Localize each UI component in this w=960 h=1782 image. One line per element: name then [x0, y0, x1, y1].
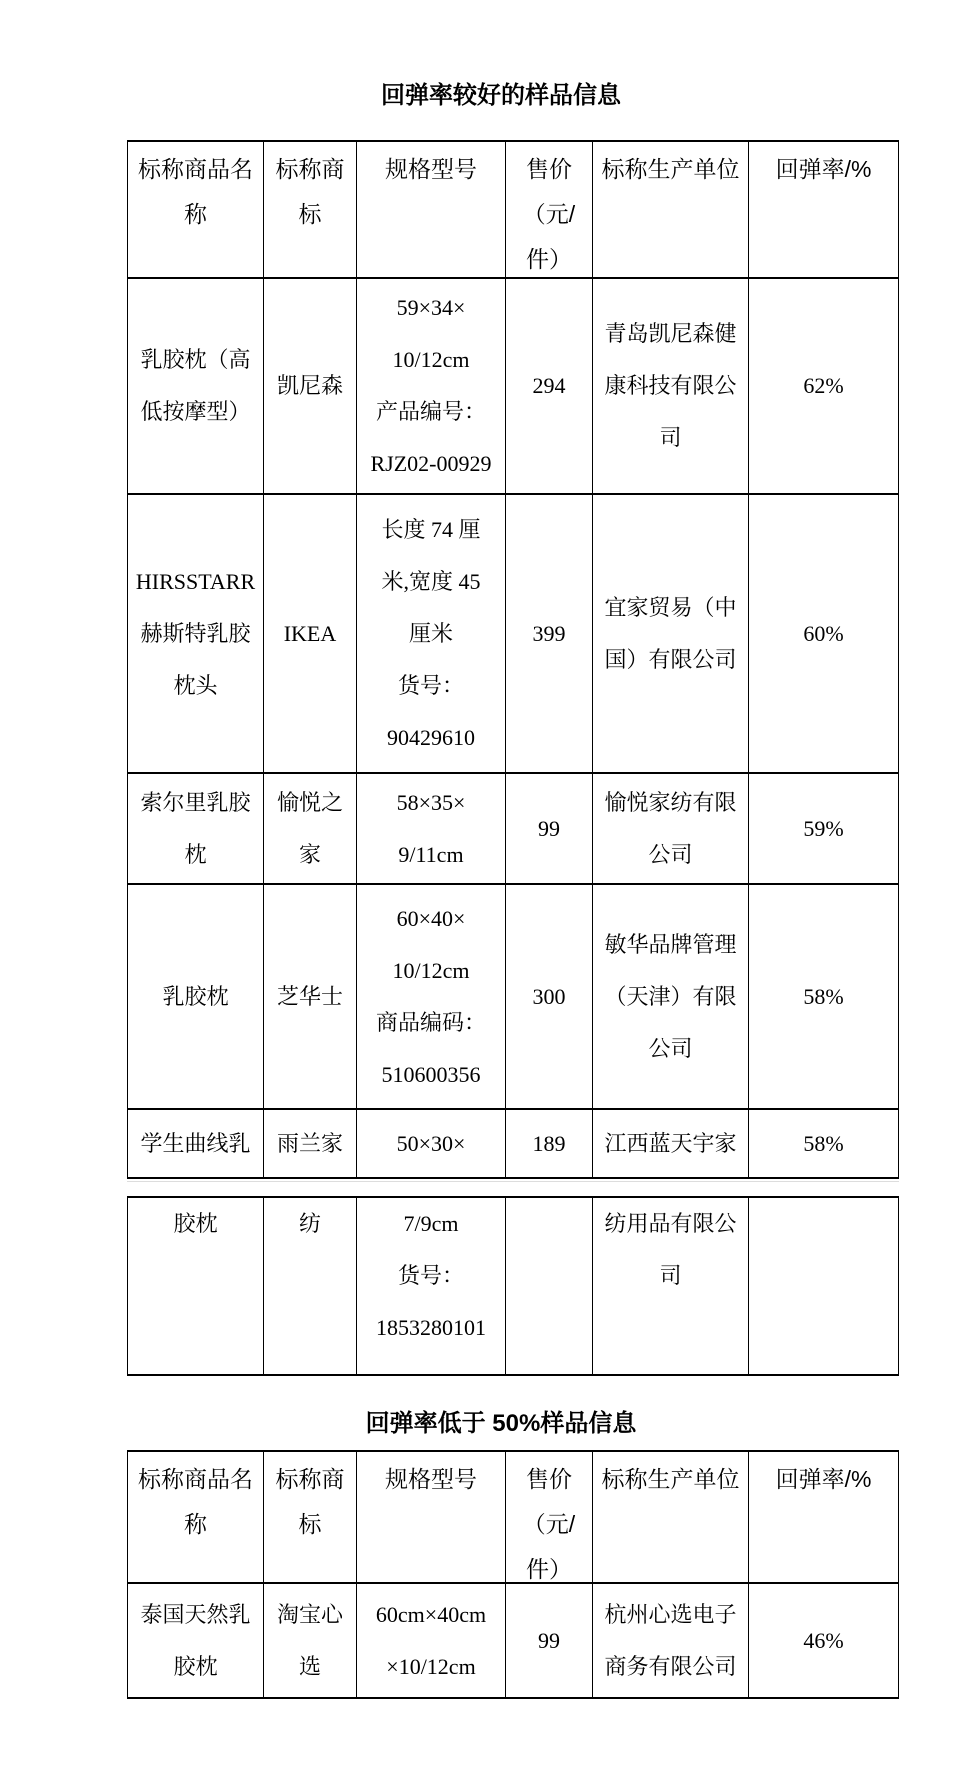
table-cell-rebound-rate: 62%: [749, 279, 898, 495]
table-cell-rebound-rate: 46%: [749, 1584, 898, 1699]
table-cell-price: 300: [506, 885, 593, 1110]
table-cell-brand: 愉悦之 家: [264, 774, 357, 885]
table-cell-rebound-rate: 58%: [749, 885, 898, 1110]
header-cell-brand: 标称商 标: [264, 142, 357, 279]
table-cell-rebound-rate: 59%: [749, 774, 898, 885]
table-cell-price: 399: [506, 495, 593, 774]
page-break-shadow: [127, 1181, 899, 1182]
header-cell-price: 售价 （元/ 件）: [506, 142, 593, 279]
table-cell-price: [506, 1198, 593, 1376]
table-cell-spec: 60×40× 10/12cm 商品编码： 510600356: [357, 885, 506, 1110]
table-cell-brand: 淘宝心 选: [264, 1584, 357, 1699]
table1-title: 回弹率较好的样品信息: [115, 74, 887, 118]
table-cell-product-name: 泰国天然乳 胶枕: [128, 1584, 264, 1699]
table-cell-spec: 58×35× 9/11cm: [357, 774, 506, 885]
table-cell-product-name: 胶枕: [128, 1198, 264, 1376]
table-low-rebound: 标称商品名 称 标称商 标 规格型号 售价 （元/ 件） 标称生产单位 回弹率/…: [127, 1450, 899, 1699]
table-cell-product-name: 乳胶枕: [128, 885, 264, 1110]
table-cell-spec: 7/9cm 货号： 1853280101: [357, 1198, 506, 1376]
table-cell-brand: 纺: [264, 1198, 357, 1376]
table-cell-brand: 凯尼森: [264, 279, 357, 495]
header-cell-manufacturer: 标称生产单位: [593, 1452, 749, 1584]
table-cell-brand: IKEA: [264, 495, 357, 774]
table-cell-rebound-rate: [749, 1198, 898, 1376]
table-good-rebound-continuation: 胶枕 纺 7/9cm 货号： 1853280101 纺用品有限公 司: [127, 1196, 899, 1376]
table-cell-product-name: 学生曲线乳: [128, 1110, 264, 1179]
table-cell-spec: 60cm×40cm ×10/12cm: [357, 1584, 506, 1699]
table-cell-manufacturer: 愉悦家纺有限 公司: [593, 774, 749, 885]
table-cell-manufacturer: 杭州心选电子 商务有限公司: [593, 1584, 749, 1699]
header-cell-manufacturer: 标称生产单位: [593, 142, 749, 279]
table-cell-brand: 芝华士: [264, 885, 357, 1110]
header-cell-price: 售价 （元/ 件）: [506, 1452, 593, 1584]
header-cell-spec: 规格型号: [357, 142, 506, 279]
table-cell-product-name: 乳胶枕（高 低按摩型）: [128, 279, 264, 495]
table-cell-spec: 50×30×: [357, 1110, 506, 1179]
header-cell-rebound-rate: 回弹率/%: [749, 142, 898, 279]
header-cell-rebound-rate: 回弹率/%: [749, 1452, 898, 1584]
table-cell-spec: 长度 74 厘 米,宽度 45 厘米 货号： 90429610: [357, 495, 506, 774]
table-cell-spec: 59×34× 10/12cm 产品编号： RJZ02-00929: [357, 279, 506, 495]
table-cell-price: 99: [506, 774, 593, 885]
table-cell-manufacturer: 江西蓝天宇家: [593, 1110, 749, 1179]
table-cell-manufacturer: 宜家贸易（中 国）有限公司: [593, 495, 749, 774]
header-cell-product-name: 标称商品名 称: [128, 1452, 264, 1584]
table-cell-manufacturer: 敏华品牌管理 （天津）有限 公司: [593, 885, 749, 1110]
table-cell-brand: 雨兰家: [264, 1110, 357, 1179]
header-cell-brand: 标称商 标: [264, 1452, 357, 1584]
table-cell-product-name: 索尔里乳胶 枕: [128, 774, 264, 885]
table-cell-price: 99: [506, 1584, 593, 1699]
table-cell-product-name: HIRSSTARR 赫斯特乳胶 枕头: [128, 495, 264, 774]
document-page: 回弹率较好的样品信息 标称商品名 称 标称商 标 规格型号 售价 （元/ 件） …: [0, 0, 960, 1782]
table-cell-manufacturer: 青岛凯尼森健 康科技有限公 司: [593, 279, 749, 495]
table-cell-manufacturer: 纺用品有限公 司: [593, 1198, 749, 1376]
table-cell-price: 189: [506, 1110, 593, 1179]
table2-title: 回弹率低于 50%样品信息: [115, 1402, 887, 1446]
table-cell-rebound-rate: 58%: [749, 1110, 898, 1179]
table-cell-price: 294: [506, 279, 593, 495]
header-cell-spec: 规格型号: [357, 1452, 506, 1584]
table-good-rebound: 标称商品名 称 标称商 标 规格型号 售价 （元/ 件） 标称生产单位 回弹率/…: [127, 140, 899, 1179]
table-cell-rebound-rate: 60%: [749, 495, 898, 774]
header-cell-product-name: 标称商品名 称: [128, 142, 264, 279]
